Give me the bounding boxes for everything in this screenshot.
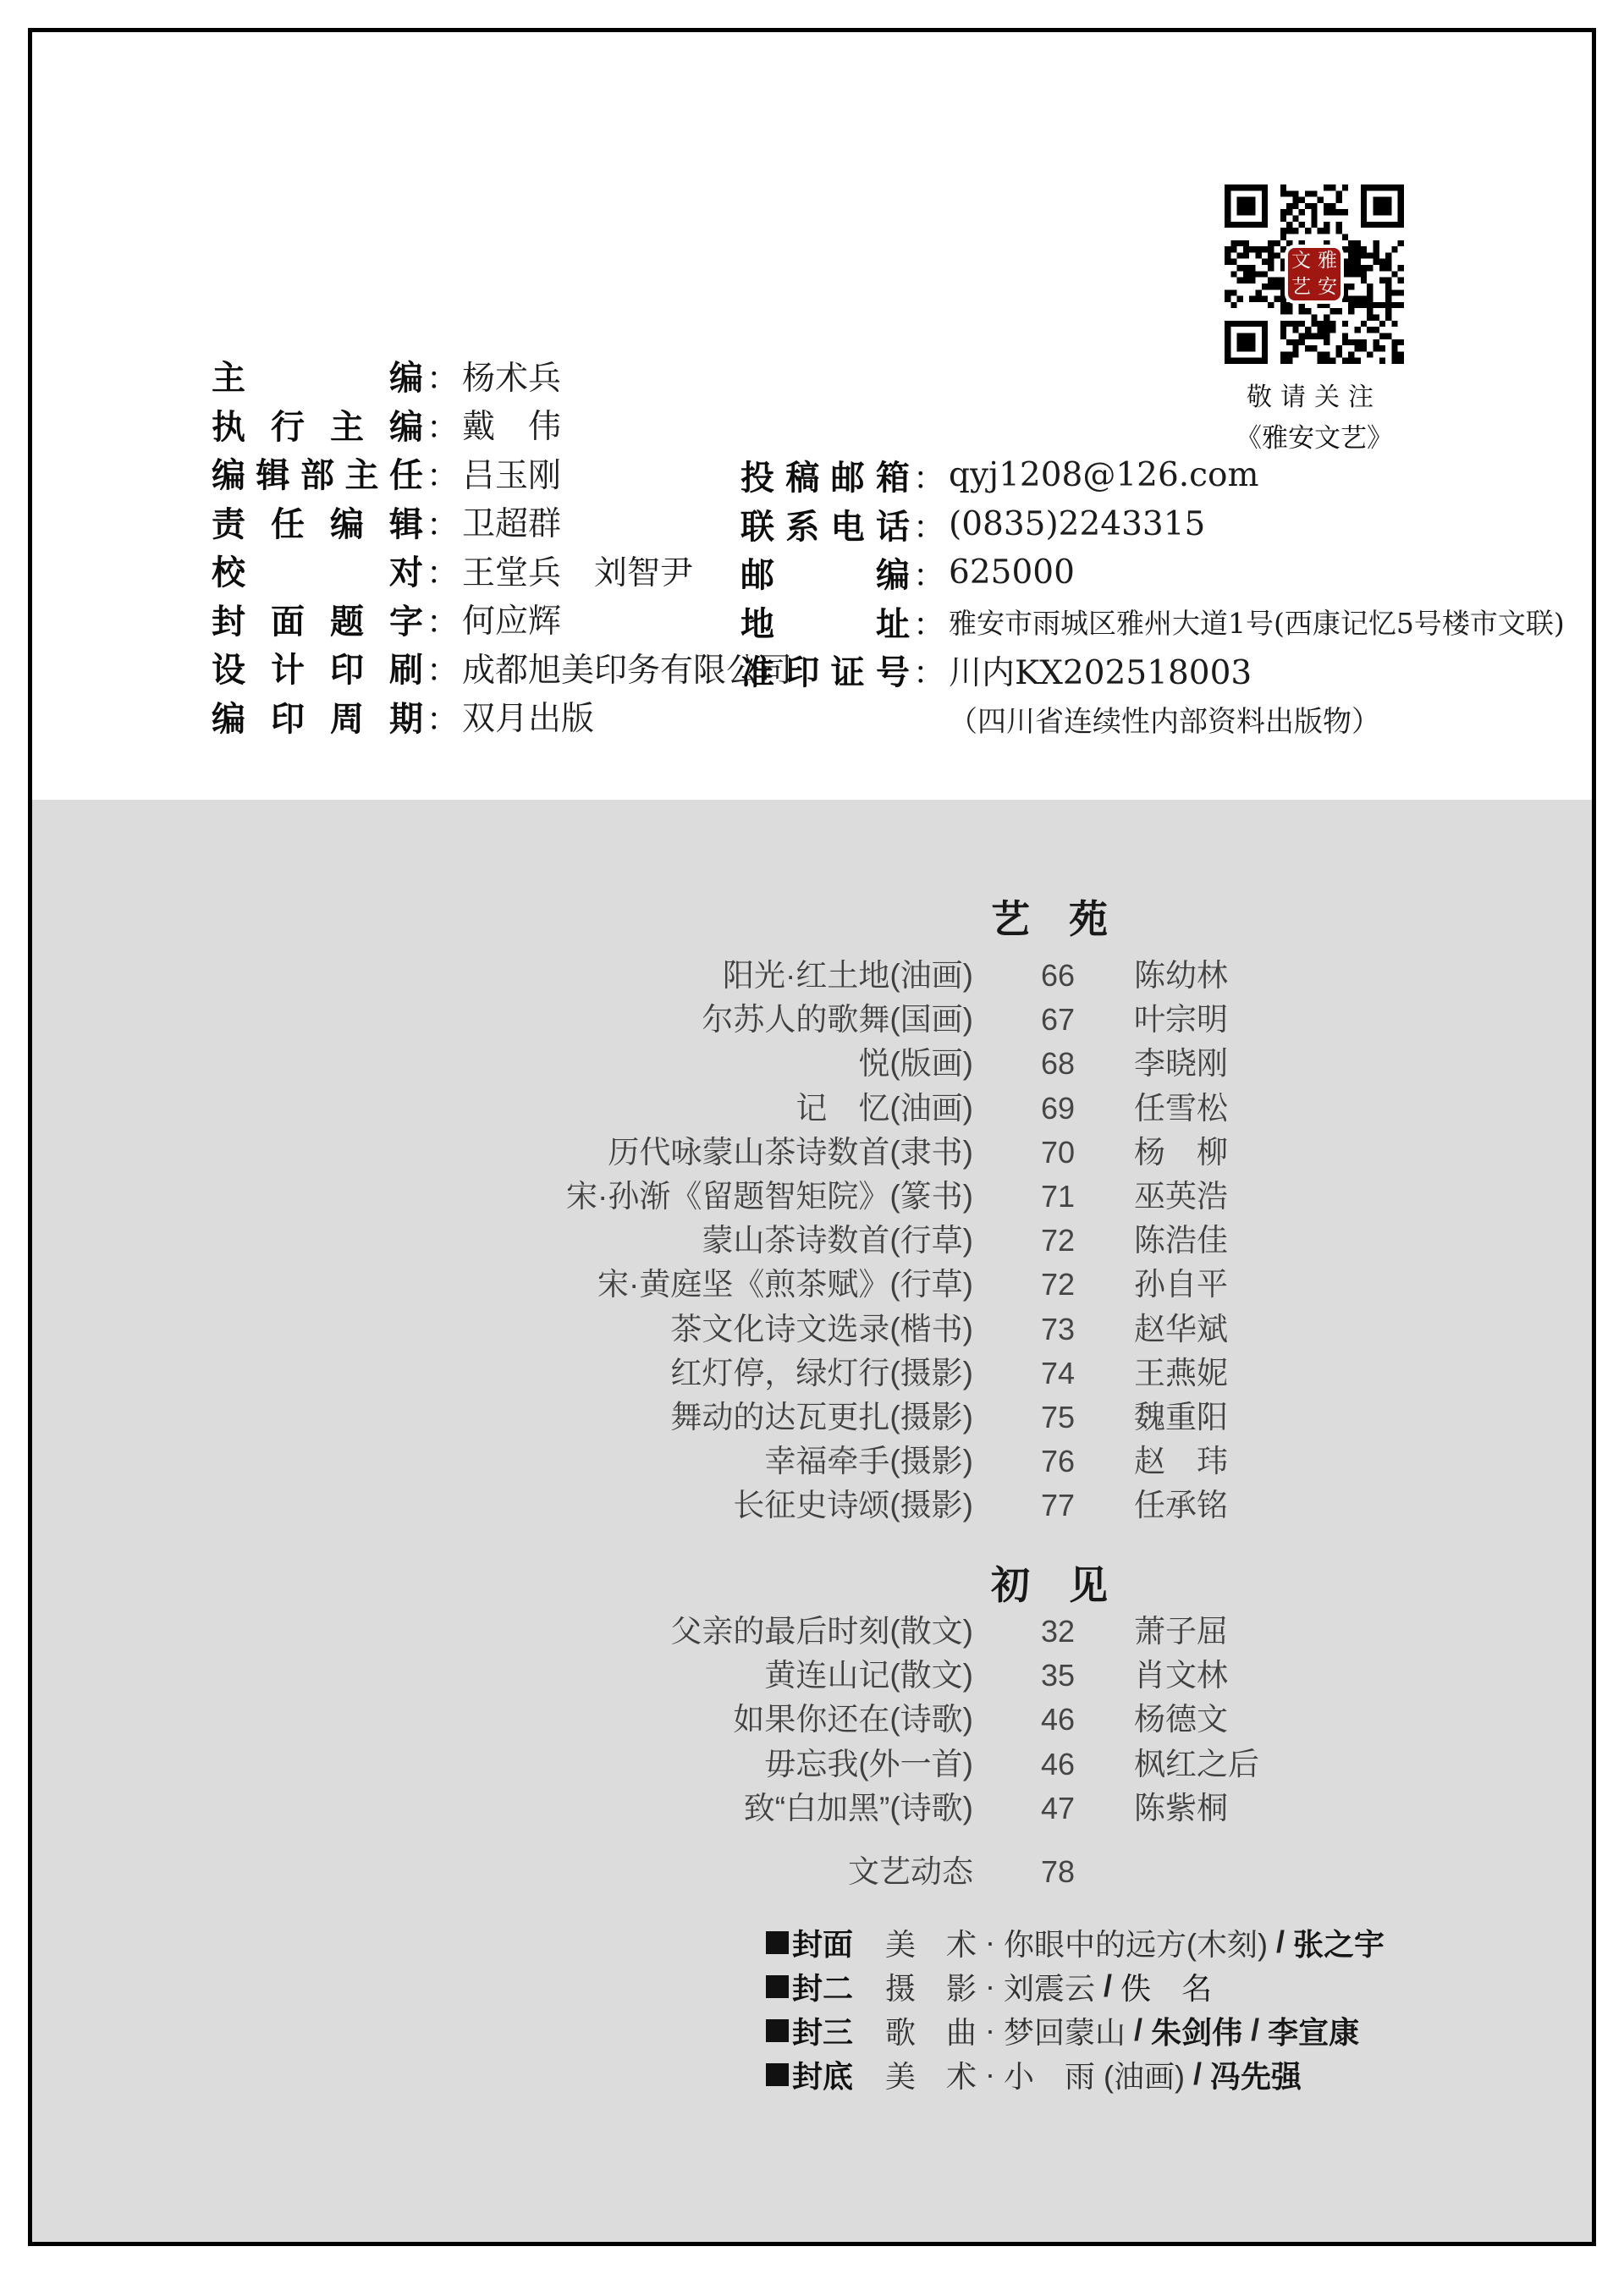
- colophon-colon: ：: [423, 498, 462, 545]
- toc-item-title: 宋·孙渐《留题智矩院》(篆书): [423, 1175, 973, 1219]
- toc-item-page-number: 72: [973, 1219, 1142, 1263]
- toc-item-page-number: 67: [973, 998, 1142, 1042]
- toc-row: 尔苏人的歌舞(国画)67叶宗明: [423, 998, 1388, 1042]
- toc-section-list: 父亲的最后时刻(散文)32萧子屈黄连山记(散文)35肖文林如果你还在(诗歌)46…: [423, 1610, 1388, 1831]
- colophon-row: 责任编辑：卫超群: [212, 498, 792, 547]
- colophon-label: 投稿邮箱: [740, 451, 910, 499]
- cover-category: 摄 影: [885, 1965, 977, 2008]
- square-bullet-icon: [766, 2019, 789, 2042]
- toc-row: 舞动的达瓦更扎(摄影)75魏重阳: [423, 1396, 1388, 1440]
- toc-item-title: 宋·黄庭坚《煎茶赋》(行草): [423, 1263, 973, 1307]
- qr-logo-char: 文: [1291, 251, 1311, 271]
- colophon-label-char: 设: [212, 643, 245, 691]
- toc-item-page-number: 70: [973, 1131, 1142, 1175]
- qr-caption-line2: 《雅安文艺》: [1187, 416, 1441, 454]
- colophon-value: 杨术兵: [462, 352, 561, 399]
- cover-dot-separator: ·: [985, 2057, 995, 2092]
- colophon-label: 编辑部主任: [212, 449, 423, 497]
- colophon-label-char: 话: [876, 500, 910, 548]
- toc-item-page-number: 66: [973, 954, 1142, 998]
- colophon-value: 双月出版: [462, 692, 594, 740]
- colophon-value: 雅安市雨城区雅州大道1号(西康记忆5号楼市文联): [949, 602, 1565, 641]
- colophon-colon: ：: [423, 596, 462, 642]
- colophon-row: （四川省连续性内部资料出版物）: [740, 695, 1565, 744]
- colophon-label-char: 校: [212, 546, 245, 594]
- colophon-label: 地址: [740, 597, 910, 646]
- colophon-label-char: 任: [271, 498, 305, 546]
- toc-row: 幸福牵手(摄影)76赵 玮: [423, 1440, 1388, 1484]
- colophon-row: 编印周期：双月出版: [212, 692, 792, 741]
- colophon-value: qyj1208@126.com: [949, 456, 1258, 494]
- colophon-label-char: 邮: [740, 548, 774, 597]
- cover-position-label: 封底: [792, 2053, 853, 2096]
- colophon-label-char: 投: [740, 451, 774, 499]
- colophon-label-char: 计: [271, 643, 305, 691]
- colophon-value: 何应辉: [462, 595, 561, 642]
- toc-item-author: 叶宗明: [1134, 998, 1371, 1042]
- toc-item-title: 尔苏人的歌舞(国画): [423, 998, 973, 1042]
- toc-item-author: 赵华斌: [1134, 1308, 1371, 1352]
- toc-row: 历代咏蒙山茶诗数首(隶书)70杨 柳: [423, 1131, 1388, 1175]
- cover-position-label: 封面: [792, 1921, 853, 1964]
- cover-work-title: 小 雨 (油画): [1004, 2053, 1185, 2096]
- toc-item-author: 王燕妮: [1134, 1352, 1371, 1396]
- slash-separator: /: [1276, 1924, 1285, 1960]
- colophon-label-char: 编: [212, 692, 245, 741]
- toc-item-title: 如果你还在(诗歌): [423, 1698, 973, 1742]
- toc-item-page-number: 32: [973, 1610, 1142, 1654]
- toc-section-header: 艺 苑: [991, 889, 1108, 944]
- colophon-value: （四川省连续性内部资料出版物）: [949, 698, 1380, 740]
- toc-row: 记 忆(油画)69任雪松: [423, 1087, 1388, 1131]
- colophon-row: 地址：雅安市雨城区雅州大道1号(西康记忆5号楼市文联): [740, 597, 1565, 647]
- colophon-row: 投稿邮箱：qyj1208@126.com: [740, 451, 1565, 500]
- colophon-label-char: 号: [876, 646, 910, 694]
- toc-item-author: 杨 柳: [1134, 1131, 1371, 1175]
- cover-category: 歌 曲: [885, 2009, 977, 2052]
- toc-item-title: 长征史诗颂(摄影): [423, 1484, 973, 1528]
- cover-credits: 封面美 术·你眼中的远方(木刻)/张之宇封二摄 影·刘震云/佚 名封三歌 曲·梦…: [766, 1920, 1385, 2096]
- colophon-value: 625000: [949, 553, 1075, 592]
- cover-position-label: 封三: [792, 2009, 853, 2052]
- toc-row: 宋·孙渐《留题智矩院》(篆书)71巫英浩: [423, 1175, 1388, 1219]
- colophon-row: 准印证号：川内KX202518003: [740, 646, 1565, 695]
- toc-item-title: 红灯停，绿灯行(摄影): [423, 1352, 973, 1396]
- toc-row: 致“白加黑”(诗歌)47陈紫桐: [423, 1787, 1388, 1831]
- toc-row: 茶文化诗文选录(楷书)73赵华斌: [423, 1308, 1388, 1352]
- cover-author: 张之宇: [1293, 1921, 1385, 1964]
- toc-item-page-number: 74: [973, 1352, 1142, 1396]
- cover-credit-row: 封底美 术·小 雨 (油画)/冯先强: [766, 2052, 1385, 2096]
- colophon-label-char: 主: [330, 400, 364, 449]
- toc-row: 红灯停，绿灯行(摄影)74王燕妮: [423, 1352, 1388, 1396]
- colophon-colon: ：: [423, 693, 462, 740]
- colophon-colon: ：: [910, 452, 949, 498]
- colophon-row: 校对：王堂兵 刘智尹: [212, 546, 792, 595]
- colophon-label-char: 执: [212, 400, 245, 449]
- colophon-label: 编印周期: [212, 692, 423, 741]
- colophon-value: 王堂兵 刘智尹: [462, 547, 693, 594]
- toc-item-author: 萧子屈: [1134, 1610, 1371, 1654]
- colophon-label: 责任编辑: [212, 498, 423, 546]
- colophon-colon: ：: [910, 501, 949, 548]
- toc-extra-list: 文艺动态78: [423, 1850, 1388, 1894]
- colophon-label-char: 编: [876, 548, 910, 597]
- colophon-label-char: 刷: [389, 643, 423, 691]
- colophon-label: 执行主编: [212, 400, 423, 449]
- colophon-label-char: 编: [330, 498, 364, 546]
- toc-item-author: 赵 玮: [1134, 1440, 1371, 1484]
- toc-item-author: 孙自平: [1134, 1263, 1371, 1307]
- toc-item-author: 任承铭: [1134, 1484, 1371, 1528]
- colophon-label-char: 对: [389, 546, 423, 594]
- toc-item-page-number: 77: [973, 1484, 1142, 1528]
- cover-category: 美 术: [885, 1921, 977, 1964]
- colophon-label-char: 主: [345, 449, 379, 497]
- toc-item-author: 陈幼林: [1134, 954, 1371, 998]
- toc-item-author: 陈浩佳: [1134, 1219, 1371, 1263]
- toc-row: 文艺动态78: [423, 1850, 1388, 1894]
- colophon-label-char: 箱: [876, 451, 910, 499]
- toc-item-author: 魏重阳: [1134, 1396, 1371, 1440]
- colophon-label-char: 编: [212, 449, 245, 497]
- colophon-label-char: 系: [785, 500, 819, 548]
- colophon-label-char: 证: [831, 646, 865, 694]
- qr-logo-char: 安: [1318, 278, 1337, 297]
- toc-row: 长征史诗颂(摄影)77任承铭: [423, 1484, 1388, 1528]
- cover-work-title: 你眼中的远方(木刻): [1004, 1921, 1268, 1964]
- toc-item-author: 杨德文: [1134, 1698, 1371, 1742]
- cover-author: 冯先强: [1210, 2053, 1302, 2096]
- slash-separator: /: [1104, 1968, 1112, 2004]
- toc-row: 宋·黄庭坚《煎茶赋》(行草)72孙自平: [423, 1263, 1388, 1307]
- toc-item-title: 父亲的最后时刻(散文): [423, 1610, 973, 1654]
- cover-credit-row: 封二摄 影·刘震云/佚 名: [766, 1964, 1385, 2008]
- colophon-label-char: 主: [212, 351, 245, 399]
- colophon-label-char: 行: [271, 400, 305, 449]
- colophon-label-char: 责: [212, 498, 245, 546]
- toc-row: 黄连山记(散文)35肖文林: [423, 1654, 1388, 1698]
- cover-credit-row: 封面美 术·你眼中的远方(木刻)/张之宇: [766, 1920, 1385, 1964]
- colophon-colon: ：: [423, 401, 462, 448]
- colophon-label: 设计印刷: [212, 643, 423, 691]
- cover-work-title: 梦回蒙山: [1004, 2009, 1126, 2052]
- colophon-row: 编辑部主任：吕玉刚: [212, 449, 792, 498]
- toc-row: 悦(版画)68李晓刚: [423, 1042, 1388, 1086]
- toc-item-title: 黄连山记(散文): [423, 1654, 973, 1698]
- toc-item-author: 枫红之后: [1134, 1743, 1371, 1787]
- colophon-label-char: 印: [271, 692, 305, 741]
- colophon-contact-column: 投稿邮箱：qyj1208@126.com联系电话：(0835)2243315邮编…: [740, 451, 1565, 743]
- colophon-row: 执行主编：戴 伟: [212, 400, 792, 449]
- cover-dot-separator: ·: [985, 2012, 995, 2048]
- toc-item-author: 陈紫桐: [1134, 1787, 1371, 1831]
- colophon-row: 设计印刷：成都旭美印务有限公司: [212, 643, 792, 692]
- colophon-value: (0835)2243315: [949, 505, 1205, 543]
- toc-item-page-number: 46: [973, 1698, 1142, 1742]
- colophon-colon: ：: [423, 449, 462, 496]
- colophon-label: 联系电话: [740, 500, 910, 548]
- toc-item-title: 阳光·红土地(油画): [423, 954, 973, 998]
- toc-panel: 艺 苑阳光·红土地(油画)66陈幼林尔苏人的歌舞(国画)67叶宗明悦(版画)68…: [32, 800, 1592, 2242]
- toc-row: 如果你还在(诗歌)46杨德文: [423, 1698, 1388, 1742]
- colophon-label-char: 题: [330, 595, 364, 643]
- colophon-value: 戴 伟: [462, 400, 561, 448]
- toc-row: 毋忘我(外一首)46枫红之后: [423, 1743, 1388, 1787]
- colophon-label-char: 辑: [389, 498, 423, 546]
- toc-item-author: 肖文林: [1134, 1654, 1371, 1698]
- colophon-row: 封面题字：何应辉: [212, 595, 792, 644]
- colophon-label: 校对: [212, 546, 423, 594]
- colophon-label-char: 面: [271, 595, 305, 643]
- toc-item-page-number: 73: [973, 1308, 1142, 1352]
- magazine-imprint-page: 文雅艺安 敬请关注 《雅安文艺》 主编：杨术兵执行主编：戴 伟编辑部主任：吕玉刚…: [0, 0, 1624, 2274]
- slash-separator: /: [1251, 2012, 1259, 2048]
- toc-row: 蒙山茶诗数首(行草)72陈浩佳: [423, 1219, 1388, 1263]
- toc-item-title: 蒙山茶诗数首(行草): [423, 1219, 973, 1263]
- toc-item-page-number: 71: [973, 1175, 1142, 1219]
- qr-caption-line1: 敬请关注: [1187, 376, 1441, 413]
- colophon-label-char: 辑: [256, 449, 290, 497]
- colophon-row: 联系电话：(0835)2243315: [740, 500, 1565, 549]
- colophon-label-char: 联: [740, 500, 774, 548]
- toc-item-page-number: 46: [973, 1743, 1142, 1787]
- qr-logo-char: 雅: [1318, 251, 1337, 271]
- toc-item-author: 李晓刚: [1134, 1042, 1371, 1086]
- colophon-label-char: 电: [831, 500, 865, 548]
- colophon-colon: ：: [423, 547, 462, 593]
- colophon-label-char: 封: [212, 595, 245, 643]
- colophon-row: 邮编：625000: [740, 548, 1565, 597]
- toc-item-title: 毋忘我(外一首): [423, 1743, 973, 1787]
- colophon-label: 封面题字: [212, 595, 423, 643]
- toc-item-author: 任雪松: [1134, 1087, 1371, 1131]
- toc-item-page-number: 72: [973, 1263, 1142, 1307]
- colophon-row: 主编：杨术兵: [212, 351, 792, 400]
- colophon-label-char: 周: [330, 692, 364, 741]
- square-bullet-icon: [766, 2063, 789, 2086]
- colophon-label: 准印证号: [740, 646, 910, 694]
- toc-item-page-number: 78: [973, 1850, 1142, 1894]
- colophon-label-char: 编: [389, 351, 423, 399]
- colophon-colon: ：: [910, 598, 949, 645]
- colophon-label-char: 地: [740, 597, 774, 646]
- toc-item-page-number: 69: [973, 1087, 1142, 1131]
- toc-item-title: 文艺动态: [423, 1850, 973, 1894]
- toc-item-title: 茶文化诗文选录(楷书): [423, 1308, 973, 1352]
- cover-dot-separator: ·: [985, 1924, 995, 1960]
- colophon-label-char: 邮: [831, 451, 865, 499]
- toc-item-page-number: 75: [973, 1396, 1142, 1440]
- colophon-value: 卫超群: [462, 498, 561, 545]
- toc-row: 阳光·红土地(油画)66陈幼林: [423, 954, 1388, 998]
- toc-item-title: 历代咏蒙山茶诗数首(隶书): [423, 1131, 973, 1175]
- cover-position-label: 封二: [792, 1965, 853, 2008]
- colophon-label-char: 准: [740, 646, 774, 694]
- colophon-label-char: 部: [300, 449, 334, 497]
- colophon-colon: ：: [423, 352, 462, 399]
- colophon-colon: ：: [910, 549, 949, 596]
- toc-item-title: 幸福牵手(摄影): [423, 1440, 973, 1484]
- toc-item-author: 巫英浩: [1134, 1175, 1371, 1219]
- toc-item-page-number: 47: [973, 1787, 1142, 1831]
- colophon-label-char: 址: [876, 597, 910, 646]
- colophon-label: 主编: [212, 351, 423, 399]
- colophon-staff-column: 主编：杨术兵执行主编：戴 伟编辑部主任：吕玉刚责任编辑：卫超群校对：王堂兵 刘智…: [212, 351, 792, 741]
- colophon-label-char: 编: [389, 400, 423, 449]
- cover-author: 佚 名: [1120, 1965, 1212, 2008]
- square-bullet-icon: [766, 1931, 789, 1954]
- toc-item-page-number: 68: [973, 1042, 1142, 1086]
- toc-row: 父亲的最后时刻(散文)32萧子屈: [423, 1610, 1388, 1654]
- cover-work-title: 刘震云: [1004, 1965, 1095, 2008]
- qr-logo-char: 艺: [1291, 278, 1311, 297]
- toc-item-title: 舞动的达瓦更扎(摄影): [423, 1396, 973, 1440]
- slash-separator: /: [1193, 2057, 1202, 2092]
- colophon-colon: ：: [910, 647, 949, 693]
- toc-item-page-number: 35: [973, 1654, 1142, 1698]
- qr-center-logo: 文雅艺安: [1288, 248, 1340, 300]
- colophon-label-char: 期: [389, 692, 423, 741]
- toc-section-list: 阳光·红土地(油画)66陈幼林尔苏人的歌舞(国画)67叶宗明悦(版画)68李晓刚…: [423, 954, 1388, 1528]
- slash-separator: /: [1134, 2012, 1142, 2048]
- colophon-label: 邮编: [740, 548, 910, 597]
- colophon-value: 吕玉刚: [462, 449, 561, 497]
- colophon-label-char: 稿: [785, 451, 819, 499]
- cover-category: 美 术: [885, 2053, 977, 2096]
- cover-author: 朱剑伟: [1151, 2009, 1242, 2052]
- toc-item-title: 记 忆(油画): [423, 1087, 973, 1131]
- colophon-label-char: 印: [785, 646, 819, 694]
- qr-block: 文雅艺安 敬请关注 《雅安文艺》: [1187, 184, 1441, 454]
- toc-item-title: 悦(版画): [423, 1042, 973, 1086]
- cover-dot-separator: ·: [985, 1968, 995, 2004]
- colophon-value: 川内KX202518003: [949, 647, 1252, 694]
- colophon-label-char: 印: [330, 643, 364, 691]
- colophon-colon: ：: [423, 644, 462, 691]
- cover-credit-row: 封三歌 曲·梦回蒙山/朱剑伟/李宣康: [766, 2008, 1385, 2052]
- colophon-label-char: 字: [389, 595, 423, 643]
- square-bullet-icon: [766, 1975, 789, 1998]
- toc-item-title: 致“白加黑”(诗歌): [423, 1787, 973, 1831]
- toc-item-page-number: 76: [973, 1440, 1142, 1484]
- cover-author: 李宣康: [1268, 2009, 1359, 2052]
- toc-section-header: 初 见: [991, 1555, 1108, 1611]
- colophon-label-char: 任: [389, 449, 423, 497]
